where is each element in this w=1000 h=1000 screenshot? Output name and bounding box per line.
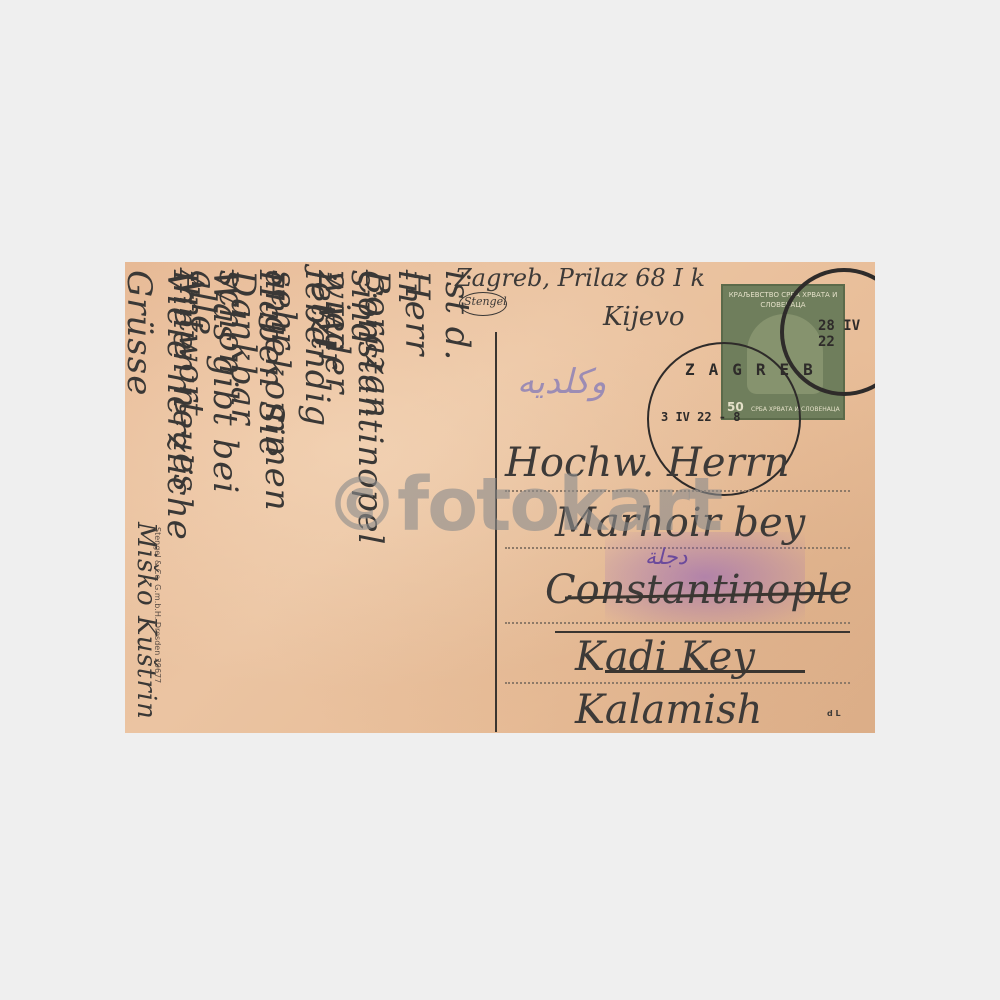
- strikethrough: [605, 670, 805, 673]
- sender-line-2: Kijevo: [603, 302, 685, 332]
- address-line-struck: Kadi Key: [575, 634, 755, 680]
- corner-mark: d L: [827, 709, 841, 718]
- address-line-struck: Constantinople: [545, 567, 852, 613]
- address-line: Kalamish: [575, 687, 762, 733]
- watermark: ©fotokart: [325, 462, 721, 548]
- sender-oval-text: Stengel: [464, 295, 507, 308]
- printer-credit: Stengel & Co. G.m.b.H. Dresden 29677: [153, 527, 162, 683]
- address-rule: [505, 622, 850, 624]
- address-solid-rule: [555, 631, 850, 633]
- address-rule: [505, 682, 850, 684]
- arabic-annotation: وكلديه: [517, 362, 606, 402]
- postmark-date: 3 IV 22 - 8: [661, 410, 740, 424]
- postmark-date: 28 IV 22: [818, 318, 875, 350]
- sender-line: Zagreb, Prilaz 68 I k: [455, 264, 705, 292]
